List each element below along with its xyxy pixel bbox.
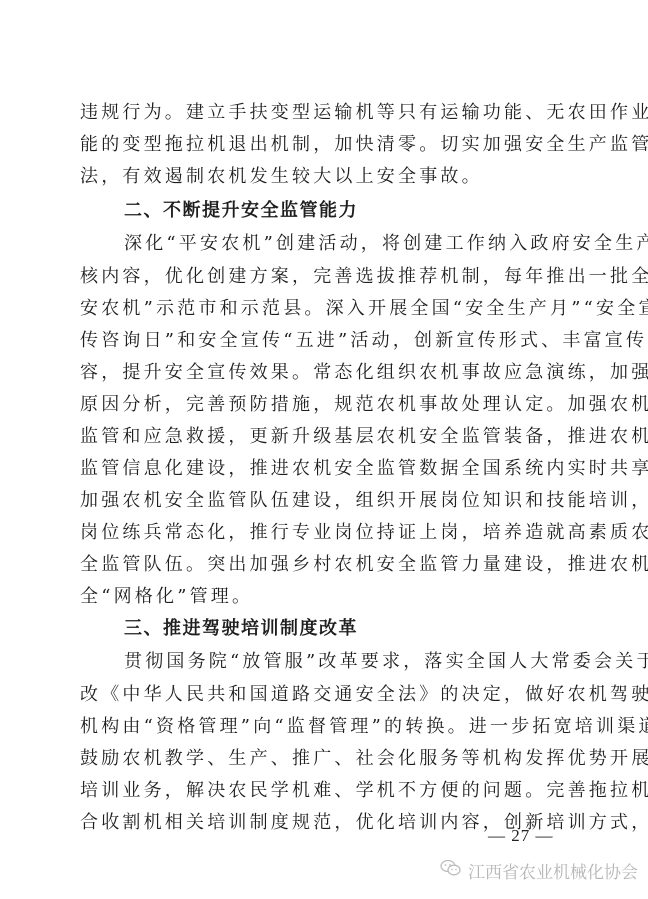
section-heading: 二、不断提升安全监管能力 xyxy=(124,200,570,222)
paragraph-line: 贯彻国务院“放管服”改革要求，落实全国人大常委会关于修 xyxy=(124,651,570,673)
wechat-icon xyxy=(440,859,468,882)
page-number: — 27 — xyxy=(488,826,554,846)
watermark: 江西省农业机械化协会 xyxy=(440,858,638,883)
section-heading: 三、推进驾驶培训制度改革 xyxy=(124,618,570,640)
paragraph-line: 监管和应急救援，更新升级基层农机安全监管装备，推进农机安全 xyxy=(80,426,570,448)
paragraph-line: 容，提升安全宣传效果。常态化组织农机事故应急演练，加强事故 xyxy=(80,362,570,384)
paragraph-line: 培训业务，解决农民学机难、学机不方便的问题。完善拖拉机和联 xyxy=(80,780,570,802)
paragraph-line: 深化“平安农机”创建活动，将创建工作纳入政府安全生产考 xyxy=(124,233,570,255)
paragraph-line: 机构由“资格管理”向“监督管理”的转换。进一步拓宽培训渠道， xyxy=(80,716,570,738)
paragraph-line: 加强农机安全监管队伍建设，组织开展岗位知识和技能培训，实现 xyxy=(80,490,570,512)
paragraph-line: 鼓励农机教学、生产、推广、社会化服务等机构发挥优势开展驾驶 xyxy=(80,748,570,770)
paragraph-line: 监管信息化建设，推进农机安全监管数据全国系统内实时共享。 xyxy=(80,458,570,480)
paragraph-line: 核内容，优化创建方案，完善选拔推荐机制，每年推出一批全国“平 xyxy=(80,266,570,288)
paragraph-line: 违规行为。建立手扶变型运输机等只有运输功能、无农田作业功 xyxy=(80,102,570,124)
paragraph-line: 改《中华人民共和国道路交通安全法》的决定，做好农机驾驶培训 xyxy=(80,684,570,706)
paragraph-line: 传咨询日”和安全宣传“五进”活动，创新宣传形式、丰富宣传内 xyxy=(80,330,570,352)
paragraph-line: 能的变型拖拉机退出机制，加快清零。切实加强安全生产监管执 xyxy=(80,134,570,156)
paragraph-line: 全监管队伍。突出加强乡村农机安全监管力量建设，推进农机安 xyxy=(80,554,570,576)
document-page: 违规行为。建立手扶变型运输机等只有运输功能、无农田作业功 能的变型拖拉机退出机制… xyxy=(0,0,648,899)
paragraph-line: 原因分析，完善预防措施，规范农机事故处理认定。加强农机安全 xyxy=(80,394,570,416)
paragraph-line: 岗位练兵常态化，推行专业岗位持证上岗，培养造就高素质农机安 xyxy=(80,522,570,544)
paragraph-line: 安农机”示范市和示范县。深入开展全国“安全生产月”“安全宣 xyxy=(80,298,570,320)
paragraph-line: 法，有效遏制农机发生较大以上安全事故。 xyxy=(80,166,570,188)
paragraph-line: 全“网格化”管理。 xyxy=(80,586,570,608)
watermark-text: 江西省农业机械化协会 xyxy=(468,858,638,883)
